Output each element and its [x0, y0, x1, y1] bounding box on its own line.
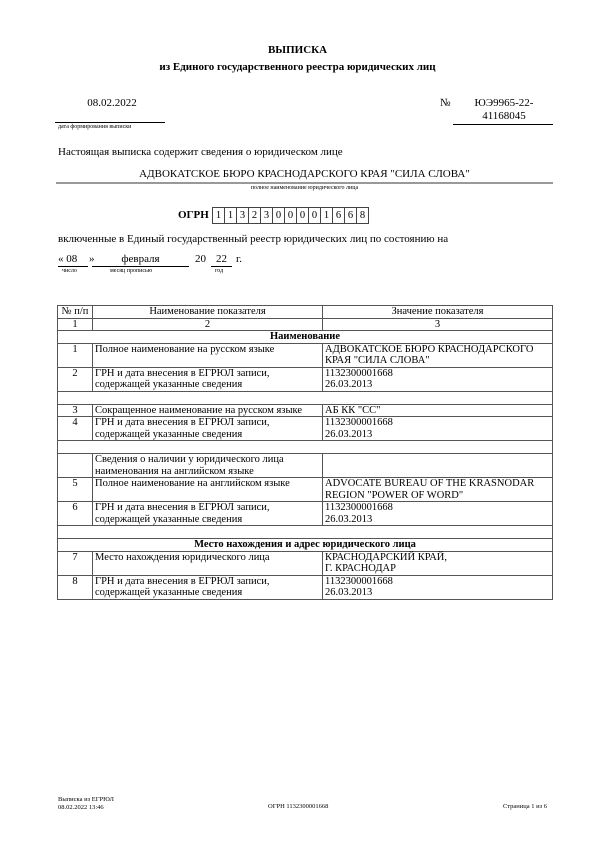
- number-underline: [453, 124, 553, 125]
- row-indicator: Место нахождения юридического лица: [93, 551, 323, 575]
- row-value: КРАСНОДАРСКИЙ КРАЙ,Г. КРАСНОДАР: [323, 551, 553, 575]
- row-value: 113230000166826.03.2013: [323, 575, 553, 599]
- row-indicator: Сокращенное наименование на русском язык…: [93, 404, 323, 417]
- year-abbrev: г.: [236, 253, 242, 265]
- grn-value: 1132300001668: [325, 576, 550, 588]
- header-number: № п/п: [58, 306, 93, 319]
- row-value: АБ КК "СС": [323, 404, 553, 417]
- footer-ogrn: ОГРН 1132300001668: [268, 803, 328, 810]
- egrul-data-table: № п/п Наименование показателя Значение п…: [57, 305, 553, 600]
- document-title: ВЫПИСКА: [0, 44, 595, 56]
- company-full-name: АДВОКАТСКОЕ БЮРО КРАСНОДАРСКОГО КРАЯ "СИ…: [56, 168, 553, 180]
- spacer-cell: [58, 391, 553, 404]
- section-header-naming: Наименование: [58, 331, 553, 344]
- column-number: 2: [93, 318, 323, 331]
- document-subtitle: из Единого государственного реестра юрид…: [0, 61, 595, 73]
- row-value: 113230000166826.03.2013: [323, 417, 553, 441]
- section-title: Наименование: [58, 331, 553, 344]
- spacer-cell: [58, 526, 553, 539]
- table-row: 7 Место нахождения юридического лица КРА…: [58, 551, 553, 575]
- grn-date: 26.03.2013: [325, 514, 550, 526]
- section-title: Место нахождения и адрес юридического ли…: [58, 539, 553, 552]
- date-underline: [55, 122, 165, 123]
- row-indicator: ГРН и дата внесения в ЕГРЮЛ записи, соде…: [93, 367, 323, 391]
- caption-year: год: [215, 268, 223, 274]
- location-region: КРАСНОДАРСКИЙ КРАЙ,: [325, 552, 550, 564]
- year-underline: [211, 266, 232, 267]
- table-row: Сведения о наличии у юридического лица н…: [58, 454, 553, 478]
- table-row: 8 ГРН и дата внесения в ЕГРЮЛ записи, со…: [58, 575, 553, 599]
- grn-value: 1132300001668: [325, 502, 550, 514]
- extract-number: ЮЭ9965-22- 41168045: [456, 97, 552, 123]
- row-number: 5: [58, 478, 93, 502]
- row-number: [58, 454, 93, 478]
- extract-number-line2: 41168045: [456, 110, 552, 123]
- column-number: 1: [58, 318, 93, 331]
- section-header-location: Место нахождения и адрес юридического ли…: [58, 539, 553, 552]
- header-indicator-name: Наименование показателя: [93, 306, 323, 319]
- row-value: 113230000166826.03.2013: [323, 502, 553, 526]
- number-sign: №: [440, 97, 451, 109]
- row-number: 3: [58, 404, 93, 417]
- footer-doc-name: Выписка из ЕГРЮЛ: [58, 796, 114, 804]
- row-number: 4: [58, 417, 93, 441]
- year-prefix: 20: [195, 253, 206, 265]
- caption-day: число: [62, 268, 77, 274]
- intro-text: Настоящая выписка содержит сведения о юр…: [58, 146, 343, 158]
- table-column-numbers-row: 1 2 3: [58, 318, 553, 331]
- row-indicator: ГРН и дата внесения в ЕГРЮЛ записи, соде…: [93, 575, 323, 599]
- caption-month: месяц прописью: [110, 268, 152, 274]
- table-row: 5 Полное наименование на английском язык…: [58, 478, 553, 502]
- row-value: ADVOCATE BUREAU OF THE KRASNODAR REGION …: [323, 478, 553, 502]
- ogrn-digit: 8: [356, 207, 369, 224]
- as-of-day: « 08: [58, 253, 77, 265]
- grn-value: 1132300001668: [325, 417, 550, 429]
- grn-date: 26.03.2013: [325, 587, 550, 599]
- month-underline: [92, 266, 189, 267]
- row-indicator: Полное наименование на английском языке: [93, 478, 323, 502]
- extract-number-line1: ЮЭ9965-22-: [456, 97, 552, 110]
- row-indicator: ГРН и дата внесения в ЕГРЮЛ записи, соде…: [93, 417, 323, 441]
- as-of-month: февраля: [92, 253, 189, 265]
- spacer-row: [58, 391, 553, 404]
- grn-date: 26.03.2013: [325, 429, 550, 441]
- grn-date: 26.03.2013: [325, 379, 550, 391]
- row-number: 8: [58, 575, 93, 599]
- grn-value: 1132300001668: [325, 368, 550, 380]
- ogrn-label: ОГРН: [178, 209, 209, 221]
- footer-left: Выписка из ЕГРЮЛ 08.02.2022 13:46: [58, 796, 114, 811]
- table-row: 2 ГРН и дата внесения в ЕГРЮЛ записи, со…: [58, 367, 553, 391]
- row-indicator: Сведения о наличии у юридического лица н…: [93, 454, 323, 478]
- footer-timestamp: 08.02.2022 13:46: [58, 804, 114, 812]
- header-indicator-value: Значение показателя: [323, 306, 553, 319]
- spacer-row: [58, 526, 553, 539]
- row-indicator: ГРН и дата внесения в ЕГРЮЛ записи, соде…: [93, 502, 323, 526]
- full-name-caption: полное наименование юридического лица: [56, 185, 553, 191]
- table-row: 3 Сокращенное наименование на русском яз…: [58, 404, 553, 417]
- row-number: 2: [58, 367, 93, 391]
- formation-date: 08.02.2022: [58, 97, 166, 109]
- row-number: 6: [58, 502, 93, 526]
- spacer-row: [58, 441, 553, 454]
- spacer-cell: [58, 441, 553, 454]
- day-underline: [58, 266, 88, 267]
- table-row: 6 ГРН и дата внесения в ЕГРЮЛ записи, со…: [58, 502, 553, 526]
- ogrn-digit-boxes: 1 1 3 2 3 0 0 0 0 1 6 6 8: [213, 207, 369, 224]
- formation-date-caption: дата формирования выписки: [58, 124, 131, 130]
- row-value: 113230000166826.03.2013: [323, 367, 553, 391]
- full-name-underline: [56, 182, 553, 184]
- row-value: [323, 454, 553, 478]
- row-indicator: Полное наименование на русском языке: [93, 343, 323, 367]
- row-value: АДВОКАТСКОЕ БЮРО КРАСНОДАРСКОГО КРАЯ "СИ…: [323, 343, 553, 367]
- row-number: 1: [58, 343, 93, 367]
- table-row: 4 ГРН и дата внесения в ЕГРЮЛ записи, со…: [58, 417, 553, 441]
- footer-page-number: Страница 1 из 6: [503, 803, 547, 810]
- table-header-row: № п/п Наименование показателя Значение п…: [58, 306, 553, 319]
- location-city: Г. КРАСНОДАР: [325, 563, 550, 575]
- table-row: 1 Полное наименование на русском языке А…: [58, 343, 553, 367]
- as-of-year: 22: [211, 253, 232, 265]
- column-number: 3: [323, 318, 553, 331]
- row-number: 7: [58, 551, 93, 575]
- included-text: включенные в Единый государственный реес…: [58, 233, 448, 245]
